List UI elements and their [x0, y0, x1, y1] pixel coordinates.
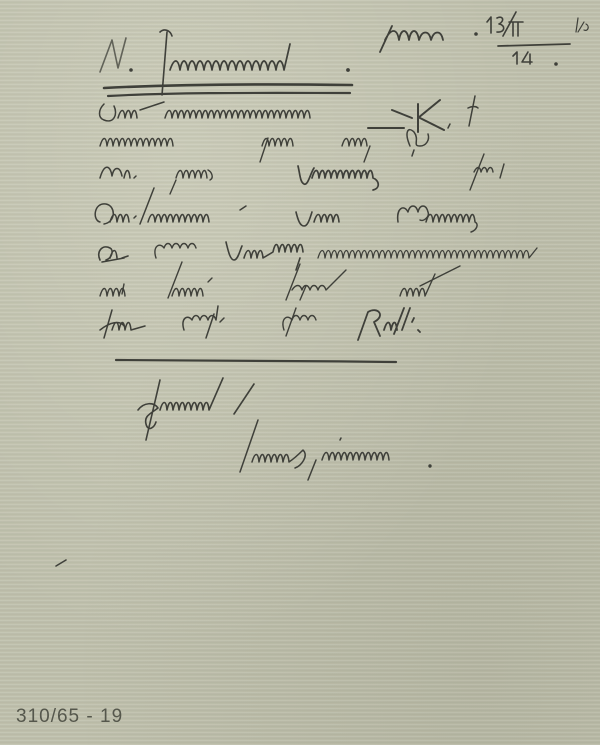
archive-number: 310/65 - 19	[16, 706, 123, 728]
scanned-letter-page: M. Jabornegg. präs. 13/II 14. 36 Ihre ge…	[0, 0, 600, 745]
